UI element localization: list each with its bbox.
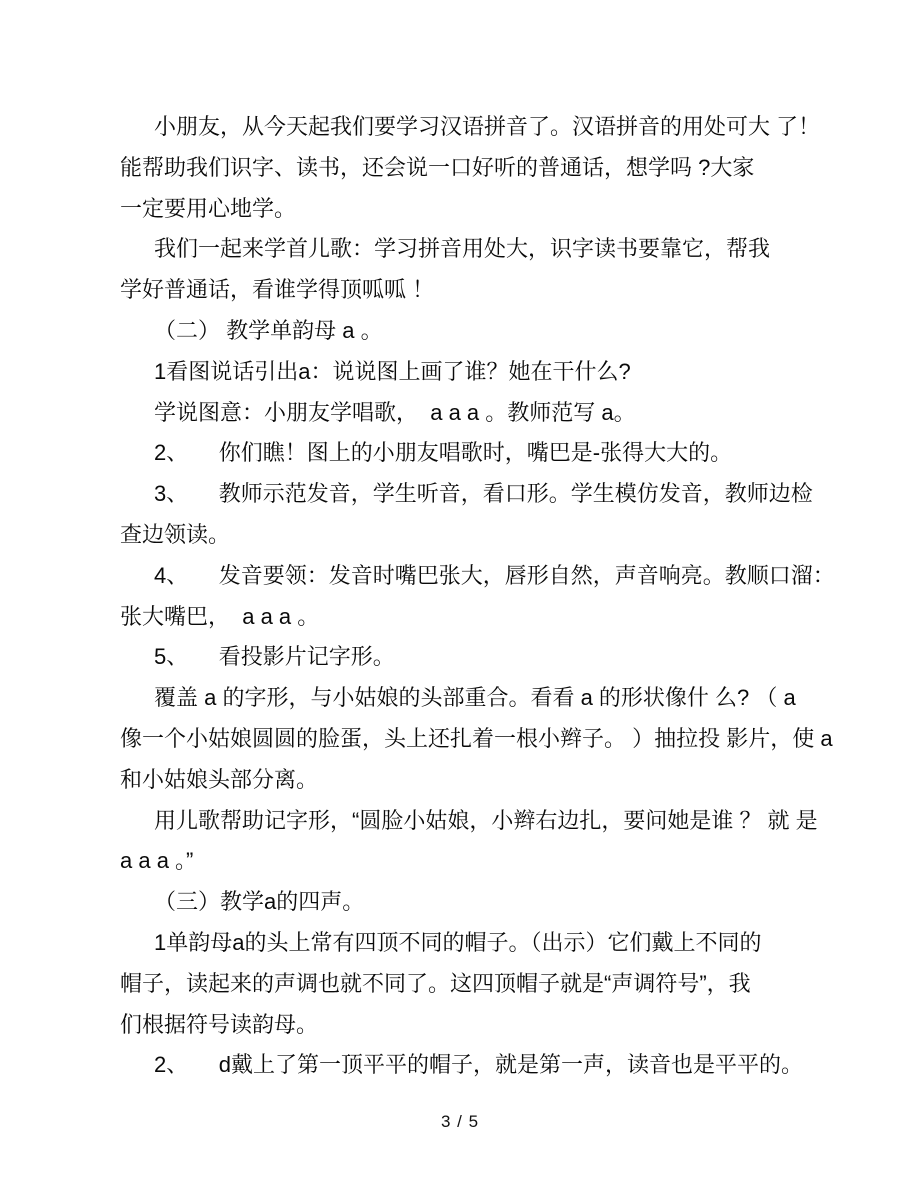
section-heading: （二） 教学单韵母 a 。 [120, 311, 820, 352]
document-body: 小朋友，从今天起我们要学习汉语拼音了。汉语拼音的用处可大 了！ 能帮助我们识字、… [120, 107, 820, 1086]
text-line: 能帮助我们识字、读书，还会说一口好听的普通话，想学吗 ?大家 [120, 148, 820, 189]
text-line: 们根据符号读韵母。 [120, 1005, 820, 1046]
text-line: 1看图说话引出a：说说图上画了谁？她在干什么? [120, 352, 820, 393]
numbered-item: 2、 d戴上了第一顶平平的帽子，就是第一声，读音也是平平的。 [120, 1045, 820, 1086]
numbered-item: 4、 发音要领：发音时嘴巴张大，唇形自然，声音响亮。教顺口溜： [120, 556, 820, 597]
text-line: 学说图意：小朋友学唱歌， a a a 。教师范写 a。 [120, 393, 820, 434]
text-line: 帽子，读起来的声调也就不同了。这四顶帽子就是“声调符号”，我 [120, 964, 820, 1005]
text-line: 学好普通话，看谁学得顶呱呱 ！ [120, 270, 820, 311]
text-line: 和小姑娘头部分离。 [120, 760, 820, 801]
text-line: 用儿歌帮助记字形，“圆脸小姑娘，小辫右边扎，要问她是谁 ？ 就 是 [120, 801, 820, 842]
numbered-item: 5、 看投影片记字形。 [120, 637, 820, 678]
text-line: 一定要用心地学。 [120, 189, 820, 230]
text-line: 1单韵母a的头上常有四顶不同的帽子。（出示）它们戴上不同的 [120, 923, 820, 964]
text-line: a a a 。” [120, 841, 820, 882]
text-line: 小朋友，从今天起我们要学习汉语拼音了。汉语拼音的用处可大 了！ [120, 107, 820, 148]
text-line: 查边领读。 [120, 515, 820, 556]
text-line: 覆盖 a 的字形，与小姑娘的头部重合。看看 a 的形状像什 么? （ a [120, 678, 820, 719]
text-line: 张大嘴巴， a a a 。 [120, 597, 820, 638]
section-heading: （三）教学a的四声。 [120, 882, 820, 923]
numbered-item: 2、 你们瞧！图上的小朋友唱歌时，嘴巴是-张得大大的。 [120, 433, 820, 474]
page-number: 3 / 5 [0, 1112, 920, 1132]
document-page: 小朋友，从今天起我们要学习汉语拼音了。汉语拼音的用处可大 了！ 能帮助我们识字、… [0, 0, 920, 1192]
numbered-item: 3、 教师示范发音，学生听音，看口形。学生模仿发音，教师边检 [120, 474, 820, 515]
text-line: 像一个小姑娘圆圆的脸蛋，头上还扎着一根小辫子。 ）抽拉投 影片，使 a [120, 719, 820, 760]
text-line: 我们一起来学首儿歌：学习拼音用处大，识字读书要靠它，帮我 [120, 229, 820, 270]
